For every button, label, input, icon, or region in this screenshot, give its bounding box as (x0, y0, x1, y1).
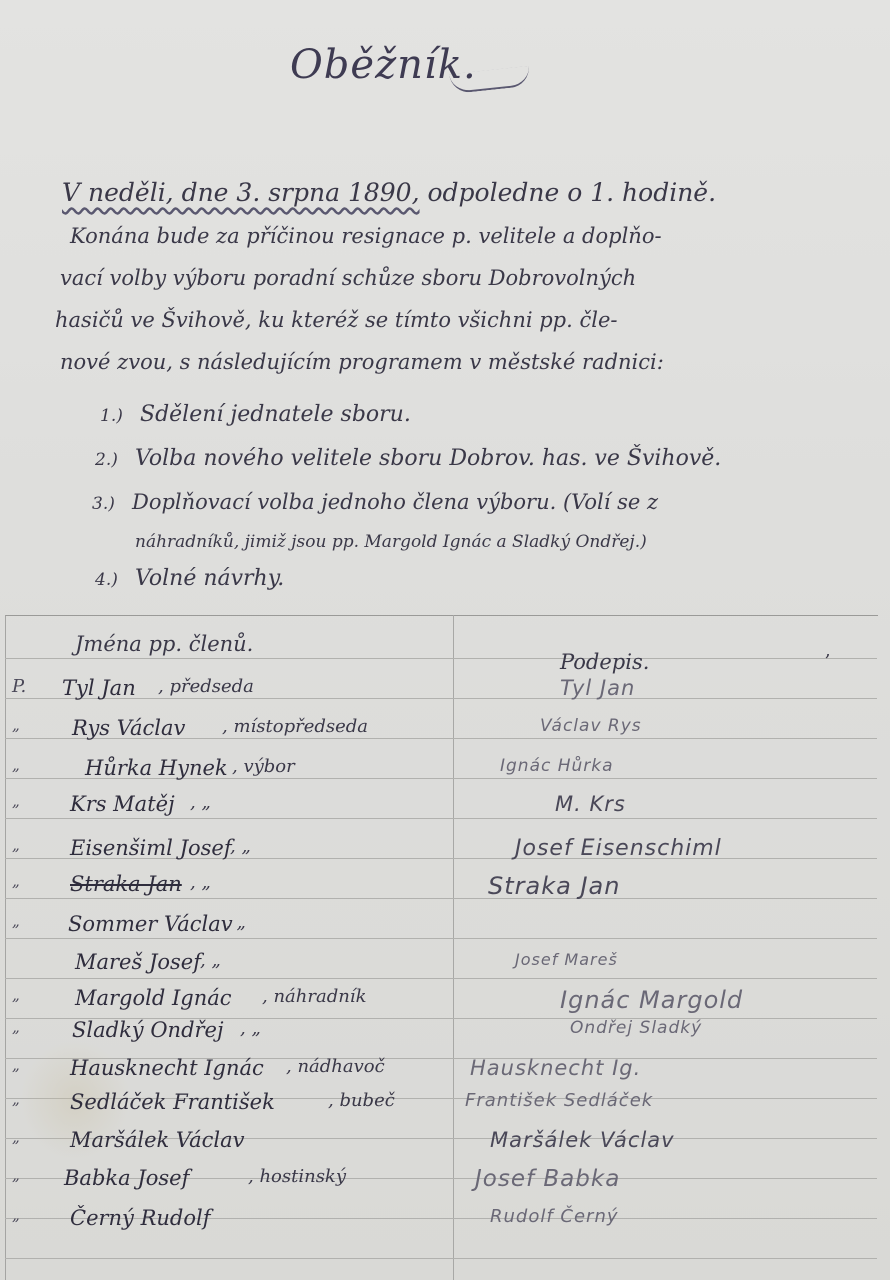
member-name: Sladký Ondřej (72, 1018, 224, 1042)
table-row: „ Hůrka Hynek , výbor Ignác Hůrka (0, 756, 890, 796)
intro-line-2: Konána bude za příčinou resignace p. vel… (70, 224, 662, 248)
names-column-header: Jména pp. členů. (75, 632, 253, 656)
table-row: „ Maršálek Václav Maršálek Václav (0, 1128, 890, 1168)
signature: Rudolf Černý (490, 1206, 619, 1227)
table-row: Mareš Josef , „ Josef Mareš (0, 950, 890, 990)
table-row: „ Sedláček František , bubeč František S… (0, 1090, 890, 1130)
member-role: , „ (200, 950, 221, 971)
member-name: Hůrka Hynek (85, 756, 228, 780)
signature: Tyl Jan (560, 676, 635, 700)
member-name: Černý Rudolf (70, 1206, 211, 1230)
rule-line (5, 1258, 877, 1259)
program-item-1: 1.)Sdělení jednatele sboru. (100, 402, 411, 427)
signature: Straka Jan (488, 872, 620, 900)
member-role: , „ (230, 836, 251, 857)
member-role: , náhradník (262, 986, 366, 1007)
signature: Josef Babka (475, 1166, 620, 1192)
intro-line-5: nové zvou, s následujícím programem v mě… (60, 350, 664, 374)
signature: Václav Rys (540, 716, 642, 736)
member-name: Krs Matěj (70, 792, 175, 816)
intro-line-1: V neděli, dne 3. srpna 1890, odpoledne o… (62, 178, 716, 207)
member-name: Eisenšiml Josef (70, 836, 232, 860)
signature: Josef Mareš (515, 950, 618, 969)
member-name: Margold Ignác (75, 986, 232, 1010)
ink-mark: , (825, 640, 831, 661)
intro-line-4: hasičů ve Švihově, ku kteréž se tímto vš… (55, 308, 617, 332)
meeting-time: odpoledne o 1. hodině. (420, 178, 716, 207)
member-role: , hostinský (248, 1166, 346, 1187)
member-role: , „ (240, 1018, 261, 1039)
table-row: „ Sommer Václav , „ (0, 912, 890, 952)
member-role: , místopředseda (222, 716, 368, 737)
table-row: „ Eisenšiml Josef , „ Josef Eisenschiml (0, 836, 890, 876)
signature: Ondřej Sladký (570, 1018, 702, 1038)
signature: František Sedláček (465, 1090, 653, 1111)
member-name: Maršálek Václav (70, 1128, 245, 1152)
signature: Hausknecht Ig. (470, 1056, 641, 1080)
table-row: „ Krs Matěj , „ M. Krs (0, 792, 890, 832)
table-row: „ Sladký Ondřej , „ Ondřej Sladký (0, 1018, 890, 1058)
member-role: , výbor (232, 756, 295, 777)
member-name-struck: Straka Jan (70, 872, 182, 896)
signature: Ignác Margold (560, 986, 743, 1014)
member-name: Rys Václav (72, 716, 185, 740)
signature: Ignác Hůrka (500, 756, 614, 776)
program-item-2: 2.)Volba nového velitele sboru Dobrov. h… (95, 446, 721, 471)
document-title: Oběžník. (290, 42, 477, 88)
member-name: Sommer Václav (68, 912, 233, 936)
signature: Maršálek Václav (490, 1128, 675, 1152)
member-name: Sedláček František (70, 1090, 275, 1114)
table-row: „ Straka Jan , „ Straka Jan (0, 872, 890, 912)
member-role: , „ (190, 792, 211, 813)
signature: M. Krs (555, 792, 626, 816)
member-role: , nádhavoč (286, 1056, 385, 1077)
table-row: „ Černý Rudolf Rudolf Černý (0, 1206, 890, 1246)
member-name: Tyl Jan (62, 676, 136, 700)
member-role: , bubeč (328, 1090, 395, 1111)
table-row: „ Babka Josef , hostinský Josef Babka (0, 1166, 890, 1206)
member-name: Hausknecht Ignác (70, 1056, 264, 1080)
table-row: P. Tyl Jan , předseda Tyl Jan (0, 676, 890, 716)
member-role: , „ (225, 912, 246, 933)
intro-line-3: vací volby výboru poradní schůze sboru D… (60, 266, 636, 290)
program-item-3-cont: náhradníků, jimiž jsou pp. Margold Ignác… (135, 532, 647, 552)
table-row: „ Rys Václav , místopředseda Václav Rys (0, 716, 890, 756)
document-page: Oběžník. V neděli, dne 3. srpna 1890, od… (0, 0, 890, 1280)
member-role: , „ (190, 872, 211, 893)
member-name: Mareš Josef (75, 950, 201, 974)
rule-line (5, 658, 877, 659)
signature-column-header: Podepis. (560, 650, 649, 674)
signature: Josef Eisenschiml (515, 836, 722, 861)
member-name: Babka Josef (64, 1166, 189, 1190)
member-role: , předseda (158, 676, 254, 697)
meeting-date: V neděli, dne 3. srpna 1890, (62, 178, 420, 207)
program-item-4: 4.)Volné návrhy. (95, 566, 284, 591)
program-item-3: 3.)Doplňovací volba jednoho člena výboru… (92, 490, 658, 514)
